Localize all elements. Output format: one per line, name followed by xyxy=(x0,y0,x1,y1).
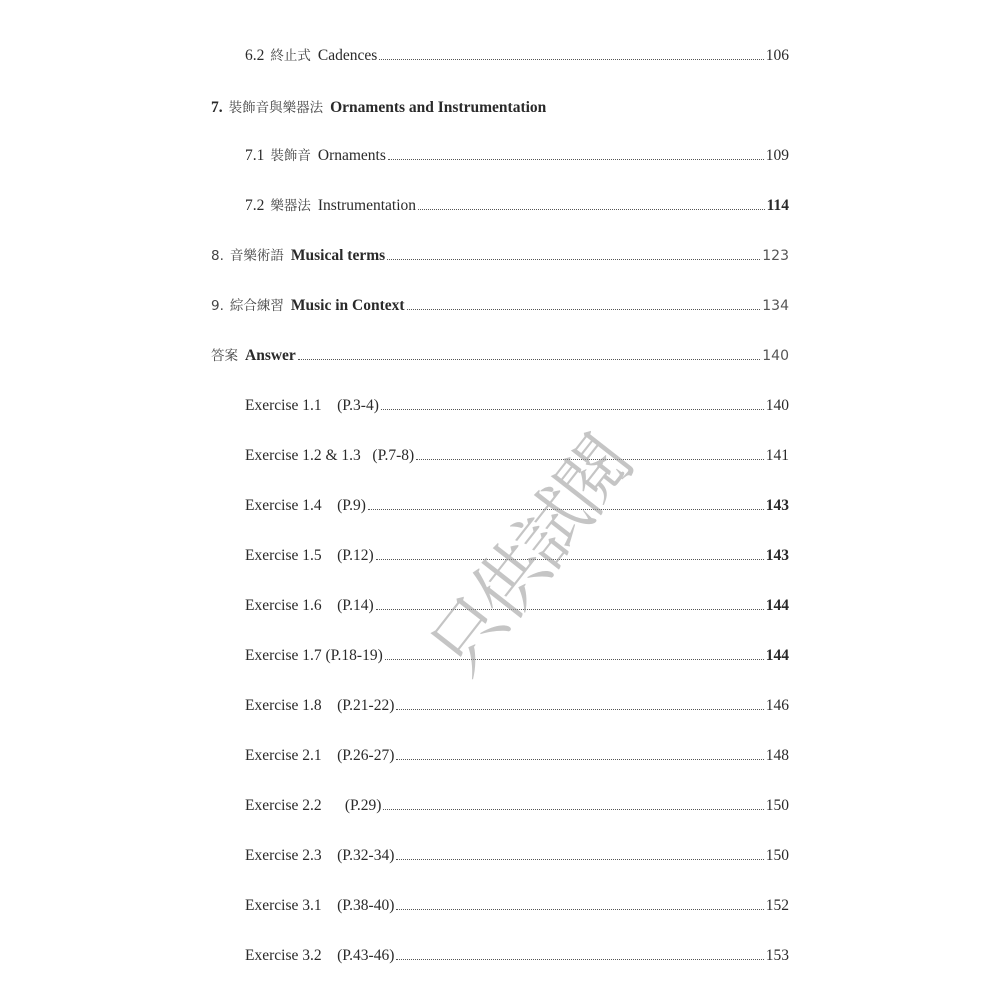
exercise-page-ref xyxy=(322,696,338,716)
chapter-title: Music in Context xyxy=(291,296,405,316)
exercise-page-ref xyxy=(322,746,338,766)
exercise-page: 144 xyxy=(766,596,789,616)
exercise-ref: (P.3-4) xyxy=(337,396,379,416)
entry-title: Instrumentation xyxy=(318,196,416,216)
exercise-page: 141 xyxy=(766,446,789,466)
chapter-cjk-title: 裝飾音與樂器法 xyxy=(229,96,324,116)
exercise-title: Exercise 1.5 xyxy=(245,546,322,566)
exercise-ref: (P.18-19) xyxy=(325,646,382,666)
entry-page: 106 xyxy=(766,46,789,66)
answer-title: Answer xyxy=(245,346,296,366)
entry-cjk-title: 裝飾音 xyxy=(270,146,311,166)
toc-exercise-entry[interactable]: Exercise 1.1 (P.3-4)140 xyxy=(245,396,789,416)
chapter-number: 7. xyxy=(211,99,223,117)
dot-leader xyxy=(416,459,764,460)
entry-number: 7.1 xyxy=(245,146,264,166)
entry-cjk-title: 樂器法 xyxy=(270,196,311,216)
exercise-page-ref xyxy=(322,896,338,916)
toc-exercise-entry[interactable]: Exercise 1.7 (P.18-19)144 xyxy=(245,646,789,666)
exercise-page-ref xyxy=(322,546,338,566)
exercise-title: Exercise 1.2 & 1.3 xyxy=(245,446,361,466)
dot-leader xyxy=(388,159,764,160)
exercise-page-ref xyxy=(322,946,338,966)
exercise-ref: (P.38-40) xyxy=(337,896,394,916)
dot-leader xyxy=(418,209,765,210)
dot-leader xyxy=(407,309,761,310)
toc-answer[interactable]: 答案 Answer 140 xyxy=(211,346,789,366)
exercise-ref: (P.12) xyxy=(337,546,374,566)
dot-leader xyxy=(396,709,763,710)
toc-exercise-entry[interactable]: Exercise 1.6 (P.14)144 xyxy=(245,596,789,616)
toc-exercise-entry[interactable]: Exercise 2.1 (P.26-27)148 xyxy=(245,746,789,766)
dot-leader xyxy=(379,59,763,60)
dot-leader xyxy=(376,609,764,610)
exercise-title: Exercise 2.2 xyxy=(245,796,322,816)
exercise-page-ref xyxy=(322,846,338,866)
exercise-page-ref xyxy=(322,396,338,416)
chapter-number: 9. xyxy=(211,296,224,316)
chapter-title: Ornaments and Instrumentation xyxy=(330,99,546,117)
exercise-page: 146 xyxy=(766,696,789,716)
entry-page: 114 xyxy=(767,196,789,216)
exercise-ref: (P.9) xyxy=(337,496,366,516)
exercise-title: Exercise 2.1 xyxy=(245,746,322,766)
dot-leader xyxy=(396,959,763,960)
exercise-page: 140 xyxy=(766,396,789,416)
chapter-number: 8. xyxy=(211,246,224,266)
exercise-title: Exercise 1.8 xyxy=(245,696,322,716)
dot-leader xyxy=(368,509,764,510)
chapter-cjk-title: 音樂術語 xyxy=(230,246,284,266)
toc-exercise-entry[interactable]: Exercise 2.2 (P.29)150 xyxy=(245,796,789,816)
exercise-ref: (P.21-22) xyxy=(337,696,394,716)
preview-watermark: 只供試閱 xyxy=(370,380,670,680)
exercise-title: Exercise 3.2 xyxy=(245,946,322,966)
dot-leader xyxy=(381,409,764,410)
exercise-title: Exercise 1.7 xyxy=(245,646,322,666)
dot-leader xyxy=(385,659,764,660)
exercise-ref: (P.29) xyxy=(345,796,382,816)
toc-exercise-entry[interactable]: Exercise 3.1 (P.38-40)152 xyxy=(245,896,789,916)
dot-leader xyxy=(396,759,763,760)
exercise-ref: (P.32-34) xyxy=(337,846,394,866)
exercise-title: Exercise 3.1 xyxy=(245,896,322,916)
toc-exercise-entry[interactable]: Exercise 2.3 (P.32-34)150 xyxy=(245,846,789,866)
exercise-page-ref xyxy=(361,446,373,466)
chapter-title: Musical terms xyxy=(291,246,385,266)
chapter-cjk-title: 綜合練習 xyxy=(230,296,284,316)
exercise-ref: (P.14) xyxy=(337,596,374,616)
exercise-title: Exercise 1.4 xyxy=(245,496,322,516)
exercise-page: 148 xyxy=(766,746,789,766)
entry-number: 7.2 xyxy=(245,196,264,216)
toc-chapter-9[interactable]: 9. 綜合練習 Music in Context 134 xyxy=(211,296,789,316)
exercise-ref: (P.7-8) xyxy=(372,446,414,466)
exercise-title: Exercise 2.3 xyxy=(245,846,322,866)
toc-entry-7-1[interactable]: 7.1 裝飾音 Ornaments 109 xyxy=(245,146,789,166)
exercise-title: Exercise 1.6 xyxy=(245,596,322,616)
exercise-ref: (P.26-27) xyxy=(337,746,394,766)
exercise-page: 143 xyxy=(766,546,789,566)
exercise-page: 150 xyxy=(766,796,789,816)
toc-exercise-entry[interactable]: Exercise 3.2 (P.43-46)153 xyxy=(245,946,789,966)
exercise-page: 153 xyxy=(766,946,789,966)
chapter-page: 123 xyxy=(762,246,789,266)
dot-leader xyxy=(387,259,760,260)
toc-entry-6-2[interactable]: 6.2 終止式 Cadences 106 xyxy=(245,46,789,66)
entry-cjk-title: 終止式 xyxy=(270,46,311,66)
exercise-page: 152 xyxy=(766,896,789,916)
toc-chapter-7[interactable]: 7. 裝飾音與樂器法 Ornaments and Instrumentation xyxy=(211,96,546,117)
dot-leader xyxy=(298,359,760,360)
toc-exercise-entry[interactable]: Exercise 1.8 (P.21-22)146 xyxy=(245,696,789,716)
answer-cjk-title: 答案 xyxy=(211,346,238,366)
toc-exercise-entry[interactable]: Exercise 1.5 (P.12)143 xyxy=(245,546,789,566)
dot-leader xyxy=(376,559,764,560)
exercise-title: Exercise 1.1 xyxy=(245,396,322,416)
exercise-page-ref xyxy=(322,596,338,616)
exercise-page: 150 xyxy=(766,846,789,866)
entry-title: Cadences xyxy=(318,46,377,66)
exercise-page: 144 xyxy=(766,646,789,666)
toc-chapter-8[interactable]: 8. 音樂術語 Musical terms 123 xyxy=(211,246,789,266)
toc-exercise-entry[interactable]: Exercise 1.4 (P.9)143 xyxy=(245,496,789,516)
exercise-page-ref xyxy=(322,796,345,816)
dot-leader xyxy=(383,809,763,810)
dot-leader xyxy=(396,859,763,860)
entry-page: 109 xyxy=(766,146,789,166)
toc-entry-7-2[interactable]: 7.2 樂器法 Instrumentation 114 xyxy=(245,196,789,216)
exercise-page-ref xyxy=(322,496,338,516)
exercise-page: 143 xyxy=(766,496,789,516)
toc-exercise-entry[interactable]: Exercise 1.2 & 1.3 (P.7-8)141 xyxy=(245,446,789,466)
entry-number: 6.2 xyxy=(245,46,264,66)
entry-title: Ornaments xyxy=(318,146,386,166)
chapter-page: 134 xyxy=(762,296,789,316)
dot-leader xyxy=(396,909,763,910)
answer-page: 140 xyxy=(762,346,789,366)
exercise-ref: (P.43-46) xyxy=(337,946,394,966)
